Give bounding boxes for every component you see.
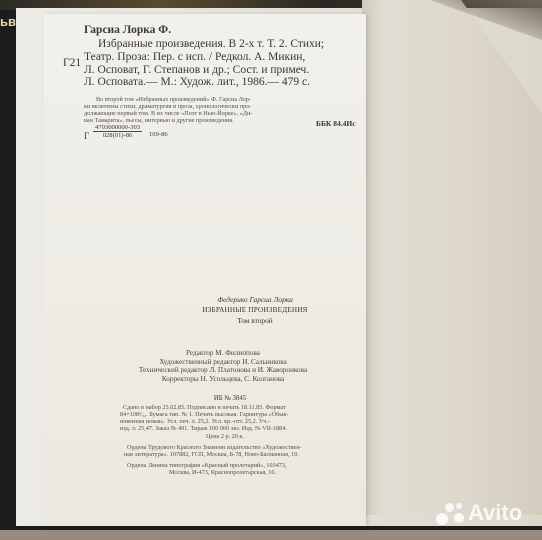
annotation: Во второй том «Избранных произведений» Ф… — [84, 96, 252, 124]
author-heading: Гарсиа Лорка Ф. — [84, 24, 171, 36]
publication-details: Сдано в набор 25.02.85. Подписано в печа… — [120, 404, 288, 432]
title-volume: Том второй — [150, 316, 360, 326]
title-name: ИЗБРАННЫЕ ПРОИЗВЕДЕНИЯ — [150, 305, 360, 316]
biblio-line: Избранные произведения. В 2-х т. Т. 2. С… — [84, 38, 324, 51]
classification-prefix: Г — [84, 131, 89, 141]
publisher-line: ная литература». 107882, ГСП, Москва, Б-… — [124, 451, 302, 458]
details-line: изд. л. 25,47. Заказ № 491. Тираж 100 00… — [120, 425, 288, 432]
bbk-code: ББК 84.4Ис — [316, 119, 356, 128]
classification-numerator: 4703000000-303 — [93, 124, 142, 132]
price: Цена 2 р. 20 к. — [150, 433, 300, 440]
background-text-fragment: ьв — [0, 14, 16, 29]
title-block: Федерико Гарсиа Лорка ИЗБРАННЫЕ ПРОИЗВЕД… — [150, 295, 360, 326]
biblio-line: Л. Осповата.— М.: Худож. лит., 1986.— 47… — [84, 76, 324, 89]
credit-line: Корректоры Н. Усольцева, С. Колганова — [110, 375, 336, 384]
annotation-line: ки включены стихи, драматургия и проза, … — [84, 103, 252, 110]
ib-number: ИБ № 3845 — [130, 395, 330, 402]
details-line: новенная новая». Усл. печ. л. 25,2. Усл.… — [120, 418, 288, 425]
credit-line: Технический редактор Л. Платонова и И. Ж… — [110, 366, 336, 375]
classification-denominator: 028(01)-86 — [93, 132, 142, 139]
annotation-line: должающие первый том. В их числе «Поэт в… — [84, 110, 252, 117]
printer-info: Ордена Ленина типография «Красный пролет… — [124, 462, 287, 476]
annotation-line: Во второй том «Избранных произведений» Ф… — [84, 96, 252, 103]
annotation-line: ван Тамарита», пьесы, интервью и другие … — [84, 117, 252, 124]
facing-page — [362, 0, 542, 515]
classification-suffix: 169-86 — [149, 131, 168, 138]
biblio-line: Театр. Проза: Пер. с исп. / Редкол. А. М… — [84, 51, 324, 64]
watermark-brand: Avito — [468, 500, 522, 526]
biblio-description: Избранные произведения. В 2-х т. Т. 2. С… — [84, 38, 324, 89]
details-line: 84×108¹⁄₃₂. Бумага тип. № 1. Печать высо… — [120, 411, 288, 418]
title-author: Федерико Гарсиа Лорка — [150, 295, 360, 305]
credit-line: Художественный редактор И. Сальникова — [110, 358, 336, 367]
printer-line: Москва, И-473, Краснопролетарская, 16. — [124, 469, 287, 476]
publisher-info: Ордена Трудового Красного Знамени издате… — [124, 444, 302, 458]
credits: Редактор М. Филиппова Художественный ред… — [110, 349, 336, 383]
printer-line: Ордена Ленина типография «Красный пролет… — [124, 462, 287, 469]
index-code: Г21 — [63, 57, 81, 69]
biblio-line: Л. Осповат, Г. Степанов и др.; Сост. и п… — [84, 64, 324, 77]
avito-dots-icon — [436, 501, 464, 525]
publisher-line: Ордена Трудового Красного Знамени издате… — [124, 444, 302, 451]
avito-watermark: Avito — [436, 500, 522, 526]
details-line: Сдано в набор 25.02.85. Подписано в печа… — [120, 404, 288, 411]
classification-fraction: 4703000000-303 028(01)-86 — [93, 124, 142, 139]
credit-line: Редактор М. Филиппова — [110, 349, 336, 358]
